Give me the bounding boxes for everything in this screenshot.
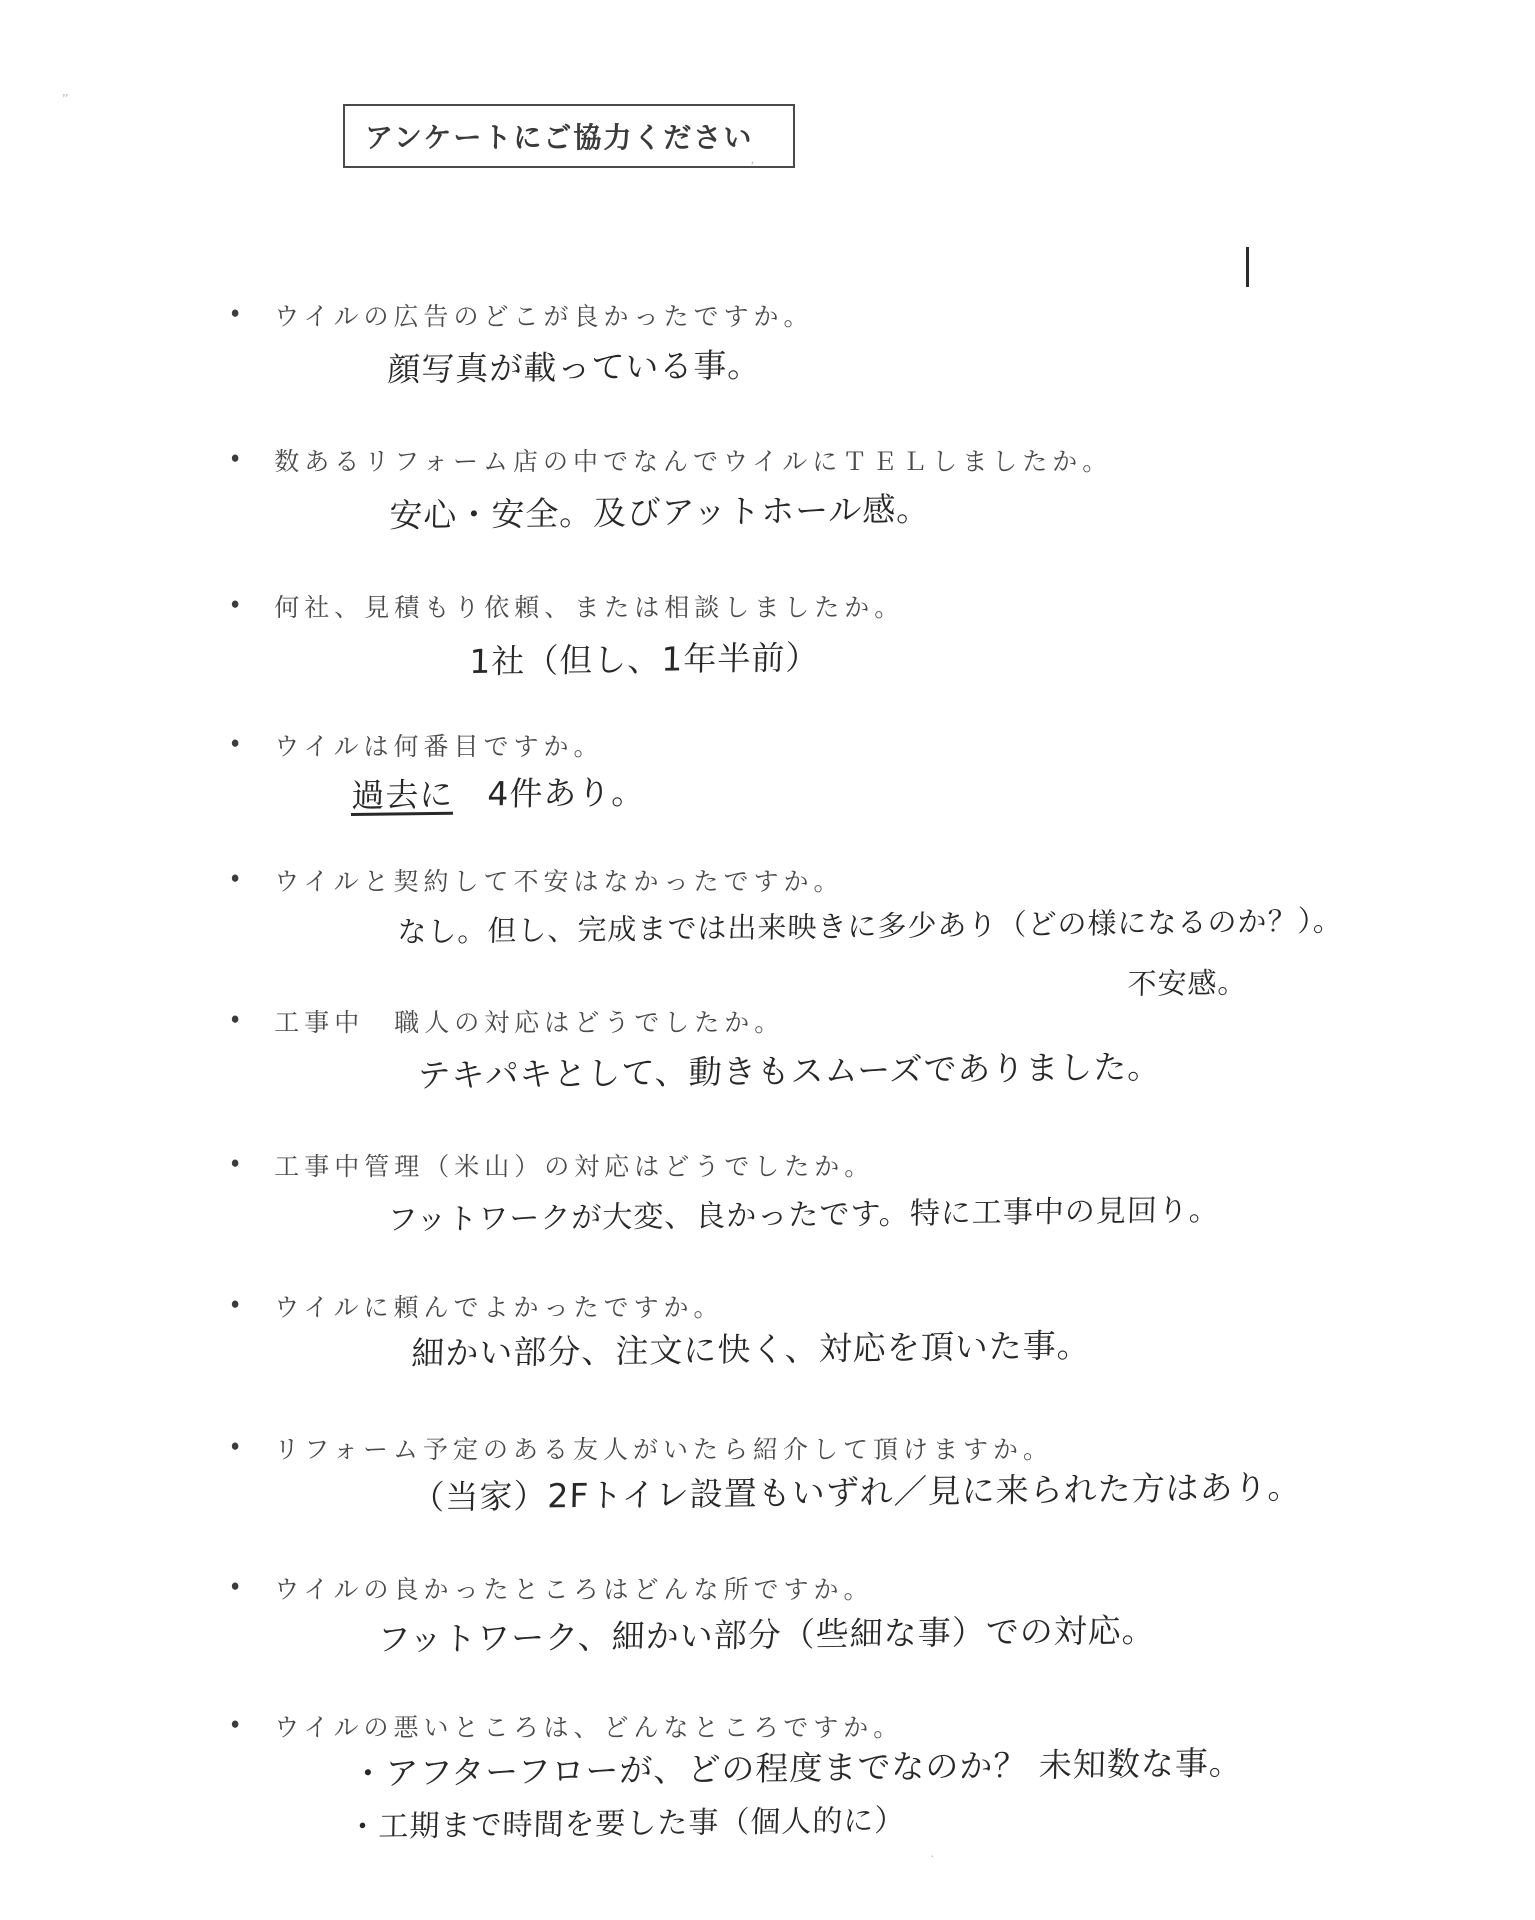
bullet-icon: ● — [231, 303, 240, 323]
bullet-icon: ● — [231, 594, 240, 614]
question-row-2: ● 数あるリフォーム店の中でなんでウイルにＴＥＬしましたか。 — [230, 442, 1112, 478]
answer-handwritten-3: 1社（但し、1年半前） — [469, 632, 820, 683]
question-row-7: ● 工事中管理（米山）の対応はどうでしたか。 — [230, 1147, 874, 1183]
bullet-icon: ● — [231, 1714, 240, 1734]
bullet-icon: ● — [231, 448, 240, 468]
bullet-icon: ● — [231, 1436, 240, 1456]
bullet-icon: ● — [231, 1153, 240, 1173]
bullet-icon: ● — [231, 1009, 240, 1029]
question-text-5: ウイルと契約して不安はなかったですか。 — [274, 862, 843, 898]
answer-handwritten-8: 細かい部分、注文に快く、対応を頂いた事。 — [411, 1320, 1091, 1375]
answer-handwritten-10: フットワーク、細かい部分（些細な事）での対応。 — [377, 1604, 1156, 1661]
scan-artifact-line — [1246, 247, 1249, 287]
answer-handwritten-11-line1: ・アフターフローが、どの程度までなのか？ 未知数な事。 — [351, 1737, 1244, 1795]
scan-speck: ‚ — [750, 152, 755, 168]
bullet-icon: ● — [231, 1576, 240, 1596]
question-text-2: 数あるリフォーム店の中でなんでウイルにＴＥＬしましたか。 — [274, 442, 1112, 478]
answer-handwritten-1: 顔写真が載っている事。 — [387, 339, 762, 391]
answer-handwritten-7: フットワークが大変、良かったです。特に工事中の見回り。 — [387, 1185, 1220, 1239]
questionnaire-scan-page: アンケートにご協力ください ● ウイルの広告のどこが良かったですか。 顔写真が載… — [0, 0, 1535, 1920]
question-row-3: ● 何社、見積もり依頼、または相談しましたか。 — [230, 588, 904, 624]
question-row-1: ● ウイルの広告のどこが良かったですか。 — [230, 297, 814, 333]
question-row-9: ● リフォーム予定のある友人がいたら紹介して頂けますか。 — [230, 1430, 1053, 1466]
answer-handwritten-6: テキパキとして、動きもスムーズでありました。 — [417, 1041, 1162, 1097]
question-row-10: ● ウイルの良かったところはどんな所ですか。 — [230, 1570, 874, 1606]
question-text-4: ウイルは何番目ですか。 — [274, 727, 603, 763]
question-text-11: ウイルの悪いところは、どんなところですか。 — [274, 1708, 903, 1744]
question-row-6: ● 工事中 職人の対応はどうでしたか。 — [230, 1003, 784, 1039]
question-row-4: ● ウイルは何番目ですか。 — [230, 727, 604, 763]
question-row-8: ● ウイルに頼んでよかったですか。 — [230, 1288, 724, 1324]
question-row-5: ● ウイルと契約して不安はなかったですか。 — [230, 862, 844, 898]
question-text-8: ウイルに頼んでよかったですか。 — [274, 1288, 723, 1324]
answer-handwritten-4: 過去に 4件あり。 — [351, 766, 646, 817]
answer-rest: 4件あり。 — [453, 772, 646, 813]
question-text-6: 工事中 職人の対応はどうでしたか。 — [274, 1003, 784, 1039]
question-text-9: リフォーム予定のある友人がいたら紹介して頂けますか。 — [274, 1430, 1053, 1466]
page-title: アンケートにご協力ください — [365, 116, 753, 156]
answer-handwritten-5-line2: 不安感。 — [1127, 961, 1248, 1003]
bullet-icon: ● — [231, 733, 240, 753]
scan-speck: ” — [62, 92, 68, 108]
question-row-11: ● ウイルの悪いところは、どんなところですか。 — [230, 1708, 903, 1744]
scan-speck: · — [930, 1850, 935, 1866]
bullet-icon: ● — [231, 1294, 240, 1314]
answer-handwritten-2: 安心・安全。及びアットホール感。 — [389, 483, 931, 537]
question-text-10: ウイルの良かったところはどんな所ですか。 — [274, 1570, 873, 1606]
question-text-7: 工事中管理（米山）の対応はどうでしたか。 — [274, 1147, 874, 1183]
question-text-3: 何社、見積もり依頼、または相談しましたか。 — [274, 588, 904, 624]
bullet-icon: ● — [231, 868, 240, 888]
title-box: アンケートにご協力ください — [343, 104, 795, 168]
answer-underlined-part: 過去に — [351, 775, 454, 815]
question-text-1: ウイルの広告のどこが良かったですか。 — [274, 297, 813, 333]
answer-handwritten-9: （当家）2Fトイレ設置もいずれ／見に来られた方はあり。 — [411, 1461, 1302, 1519]
answer-handwritten-5-line1: なし。但し、完成までは出来映きに多少あり（どの様になるのか？）。 — [397, 898, 1343, 951]
answer-handwritten-11-line2: ・工期まで時間を要した事（個人的に） — [347, 1795, 906, 1846]
